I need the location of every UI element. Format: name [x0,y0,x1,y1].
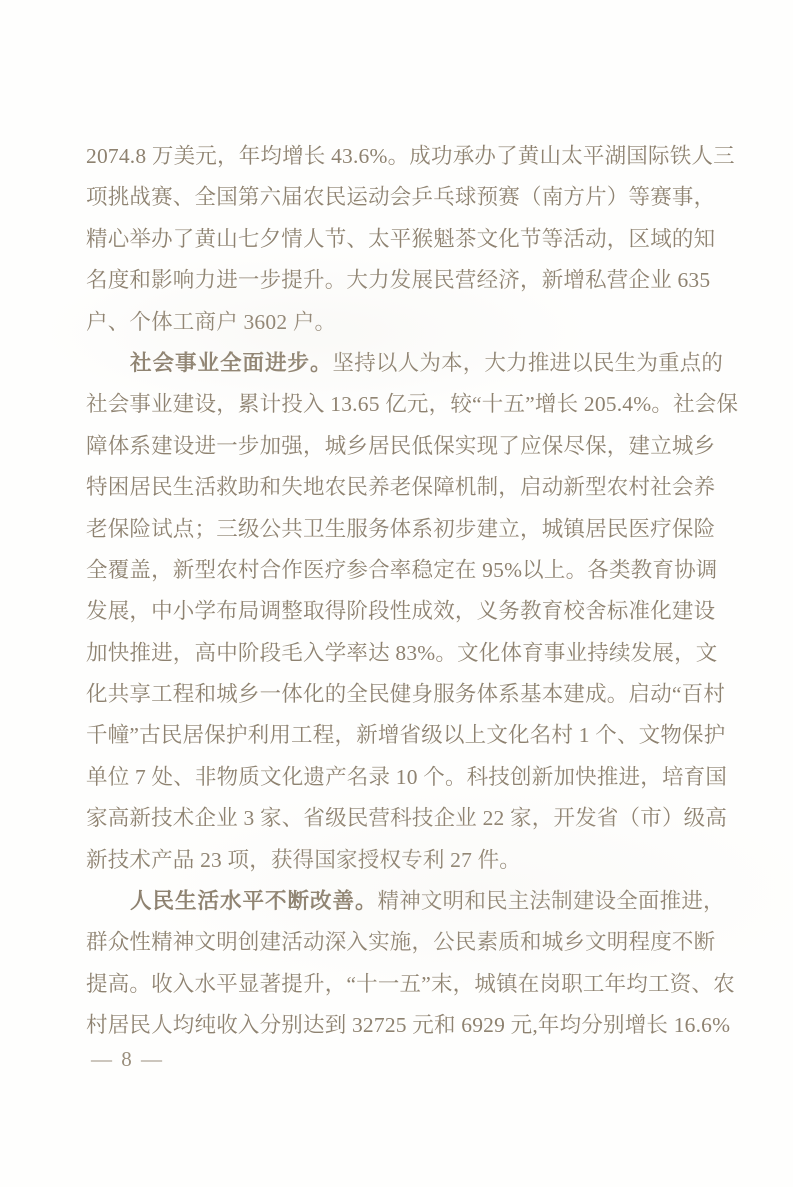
text-line: 障体系建设进一步加强，城乡居民低保实现了应保尽保，建立城乡 [86,426,708,467]
text-line: 社会事业全面进步。坚持以人为本，大力推进以民生为重点的 [86,343,708,384]
document-page: 2074.8 万美元，年均增长 43.6%。成功承办了黄山太平湖国际铁人三 项挑… [0,0,793,1187]
text-line: 单位 7 处、非物质文化遗产名录 10 个。科技创新加快推进，培育国 [86,757,708,798]
text-line: 特困居民生活救助和失地农民养老保障机制，启动新型农村社会养 [86,467,708,508]
text-line: 精心举办了黄山七夕情人节、太平猴魁茶文化节等活动，区域的知 [86,219,708,260]
paragraph: 人民生活水平不断改善。精神文明和民主法制建设全面推进， 群众性精神文明创建活动深… [86,881,708,1047]
text-line: 户、个体工商户 3602 户。 [86,302,708,343]
paragraph: 社会事业全面进步。坚持以人为本，大力推进以民生为重点的 社会事业建设，累计投入 … [86,343,708,881]
paragraph-lead: 人民生活水平不断改善。 [130,889,378,913]
text-line: 提高。收入水平显著提升，“十一五”末，城镇在岗职工年均工资、农 [86,964,708,1005]
text-line: 千幢”古民居保护利用工程，新增省级以上文化名村 1 个、文物保护 [86,715,708,756]
text-line: 新技术产品 23 项，获得国家授权专利 27 件。 [86,840,708,881]
text-line: 加快推进，高中阶段毛入学率达 83%。文化体育事业持续发展，文 [86,633,708,674]
text-line: 老保险试点；三级公共卫生服务体系初步建立，城镇居民医疗保险 [86,509,708,550]
text-line: 家高新技术企业 3 家、省级民营科技企业 22 家，开发省（市）级高 [86,798,708,839]
text-line: 发展，中小学布局调整取得阶段性成效，义务教育校舍标准化建设 [86,591,708,632]
page-number: — 8 — [91,1044,164,1074]
paragraph-lead-rest: 精神文明和民主法制建设全面推进， [378,889,725,913]
text-line: 社会事业建设，累计投入 13.65 亿元，较“十五”增长 205.4%。社会保 [86,384,708,425]
text-line: 项挑战赛、全国第六届农民运动会乒乓球预赛（南方片）等赛事， [86,177,708,218]
text-line: 群众性精神文明创建活动深入实施，公民素质和城乡文明程度不断 [86,922,708,963]
text-line: 名度和影响力进一步提升。大力发展民营经济，新增私营企业 635 [86,260,708,301]
paragraph-lead: 社会事业全面进步。 [130,351,333,375]
text-line: 村居民人均纯收入分别达到 32725 元和 6929 元,年均分别增长 16.6… [86,1005,708,1046]
text-block: 2074.8 万美元，年均增长 43.6%。成功承办了黄山太平湖国际铁人三 项挑… [86,136,708,1047]
text-line: 全覆盖，新型农村合作医疗参合率稳定在 95%以上。各类教育协调 [86,550,708,591]
paragraph: 2074.8 万美元，年均增长 43.6%。成功承办了黄山太平湖国际铁人三 项挑… [86,136,708,343]
text-line: 2074.8 万美元，年均增长 43.6%。成功承办了黄山太平湖国际铁人三 [86,136,708,177]
text-line: 化共享工程和城乡一体化的全民健身服务体系基本建成。启动“百村 [86,674,708,715]
paragraph-lead-rest: 坚持以人为本，大力推进以民生为重点的 [333,351,724,375]
text-line: 人民生活水平不断改善。精神文明和民主法制建设全面推进， [86,881,708,922]
